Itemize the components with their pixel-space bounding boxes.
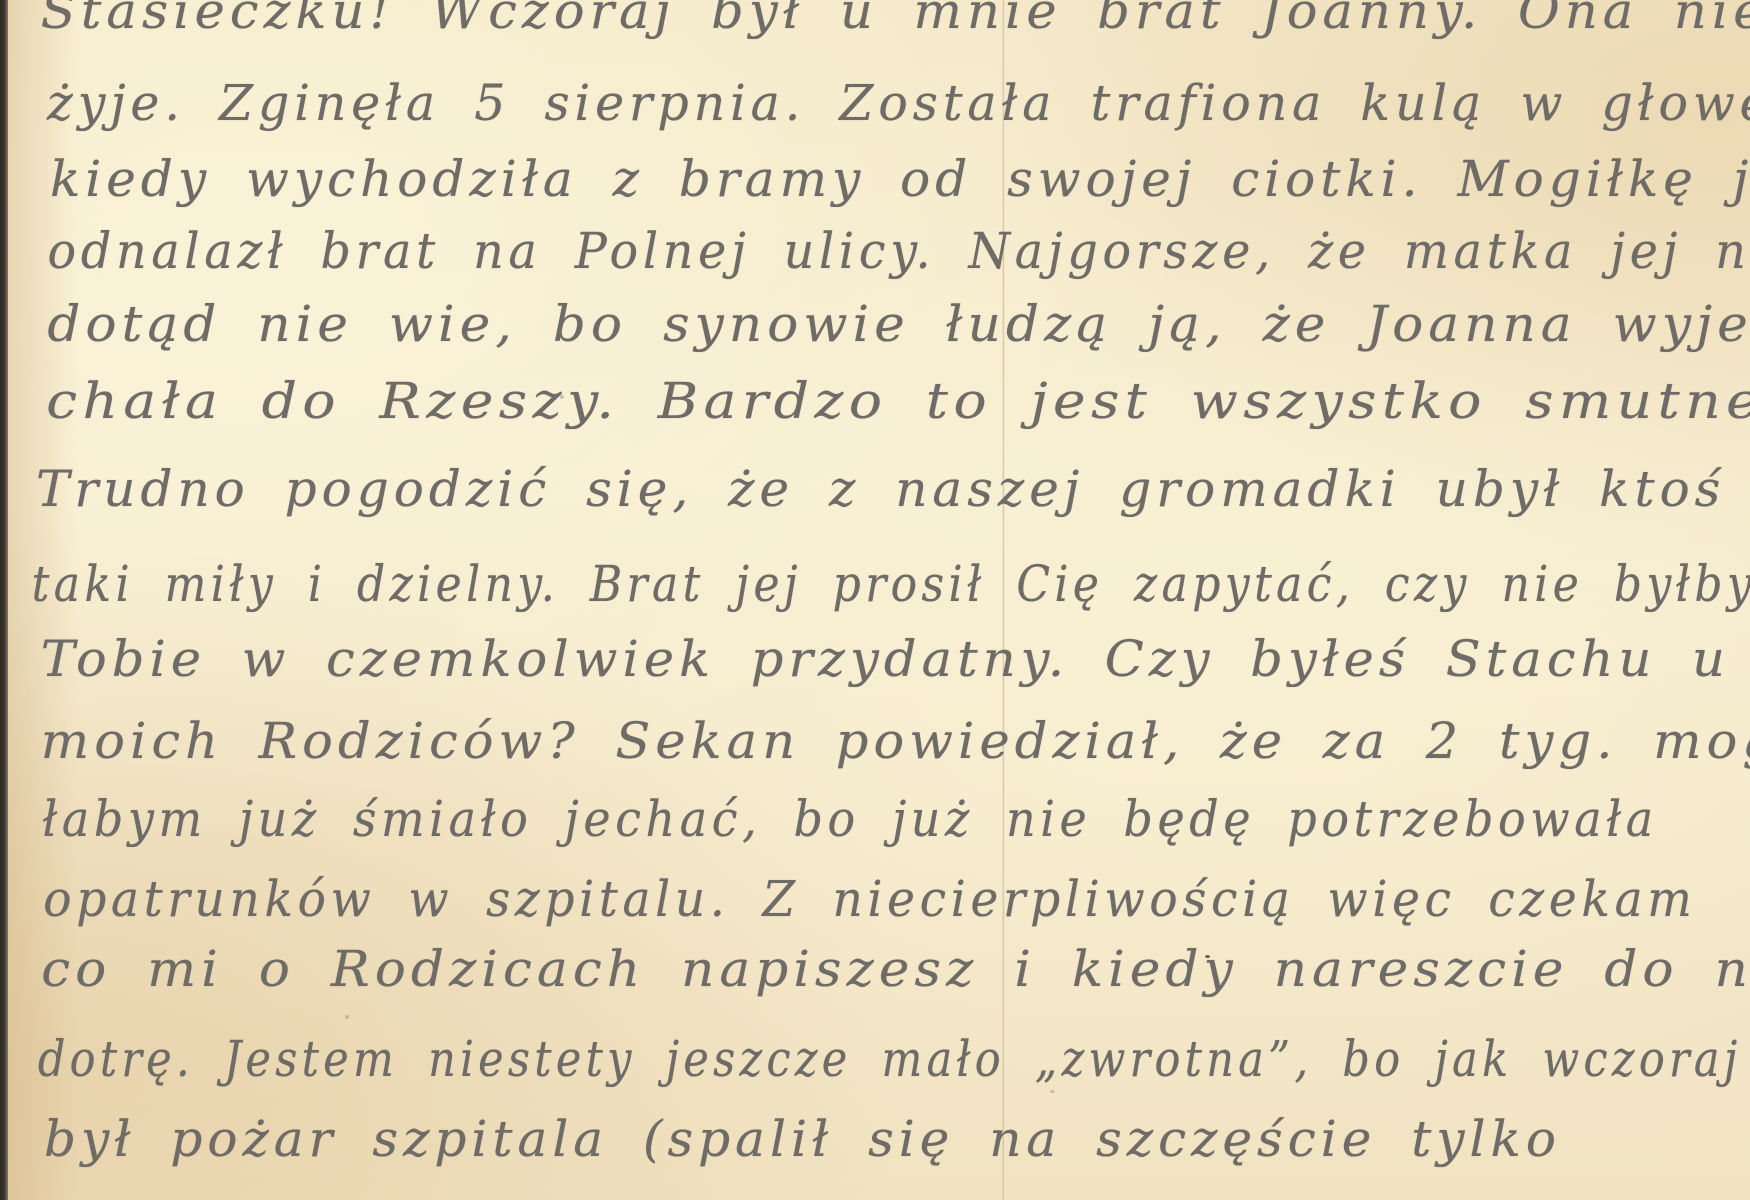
paper-speck: [345, 1015, 349, 1019]
letter-line: żyje. Zginęła 5 sierpnia. Została trafio…: [0, 74, 1750, 132]
letter-line: Stasieczku! Wczoraj był u mnie brat Joan…: [0, 0, 1750, 40]
letter-line: łabym już śmiało jechać, bo już nie będę…: [0, 790, 1658, 848]
letter-line: moich Rodziców? Sekan powiedział, że za …: [0, 712, 1750, 770]
letter-line: chała do Rzeszy. Bardzo to jest wszystko…: [0, 372, 1750, 430]
letter-line: dotrę. Jestem niestety jeszcze mało „zwr…: [0, 1030, 1741, 1088]
paper-speck: [1050, 1090, 1055, 1093]
letter-line: odnalazł brat na Polnej ulicy. Najgorsze…: [0, 222, 1750, 280]
letter-line: kiedy wychodziła z bramy od swojej ciotk…: [0, 150, 1750, 208]
letter-line: taki miły i dzielny. Brat jej prosił Cię…: [0, 555, 1750, 613]
letter-line: był pożar szpitala (spalił się na szczęś…: [0, 1110, 1561, 1168]
letter-line: Trudno pogodzić się, że z naszej gromadk…: [0, 460, 1725, 518]
letter-line: opatrunków w szpitalu. Z niecierpliwości…: [0, 870, 1697, 928]
letter-line: co mi o Rodzicach napiszesz i kiedy nare…: [0, 940, 1750, 998]
letter-line: Tobie w czemkolwiek przydatny. Czy byłeś…: [0, 630, 1730, 688]
letter-line: dotąd nie wie, bo synowie łudzą ją, że J…: [0, 295, 1750, 353]
letter-page: Stasieczku! Wczoraj był u mnie brat Joan…: [0, 0, 1750, 1200]
